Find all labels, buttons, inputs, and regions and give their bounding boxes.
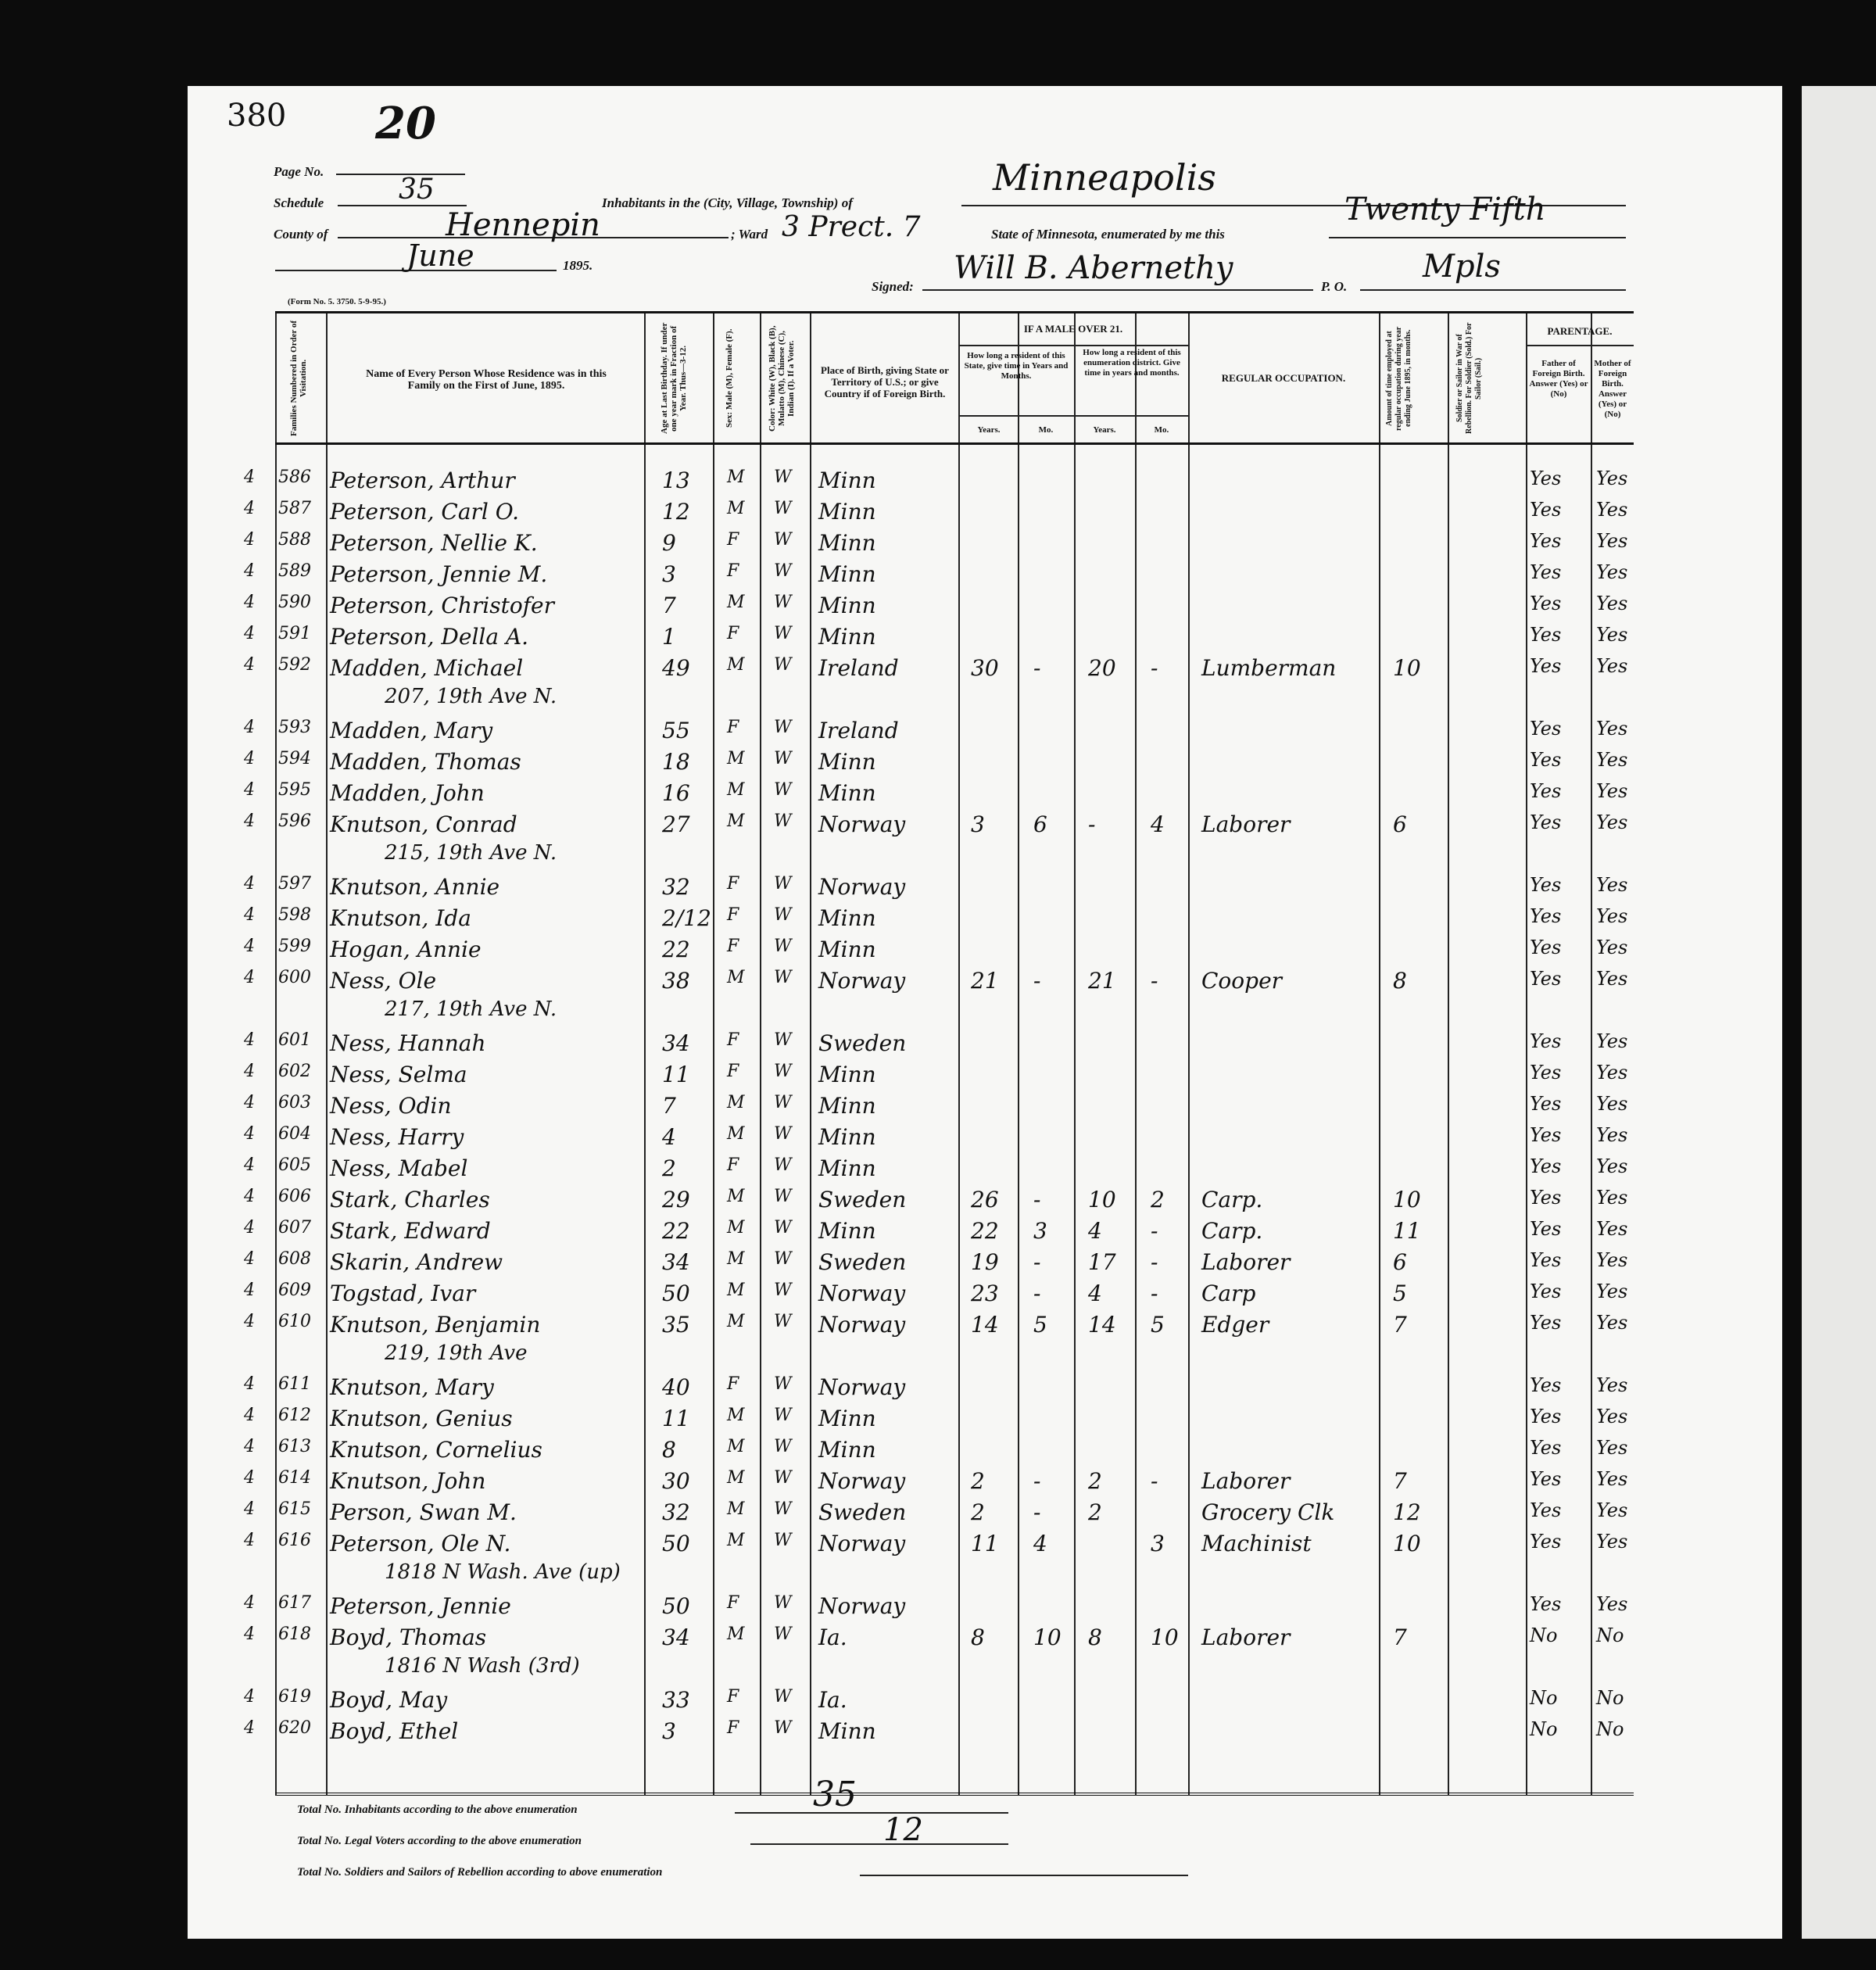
person-number: 608 — [278, 1249, 311, 1269]
person-number: 606 — [278, 1187, 311, 1206]
district-years: 8 — [1088, 1624, 1102, 1650]
mother-foreign: Yes — [1596, 874, 1627, 896]
state-years: 3 — [971, 811, 985, 837]
sex: M — [727, 1187, 745, 1206]
father-foreign: Yes — [1530, 1124, 1561, 1146]
person-number: 589 — [278, 561, 311, 581]
age: 1 — [662, 624, 676, 650]
state-months: 3 — [1033, 1218, 1047, 1244]
family-group: 4 — [244, 1374, 255, 1394]
state-years: 21 — [971, 968, 999, 994]
district-months: - — [1151, 1218, 1158, 1244]
sex: M — [727, 593, 745, 612]
total-inhabitants-value: 35 — [813, 1775, 857, 1814]
father-foreign: Yes — [1530, 624, 1561, 646]
district-months: 3 — [1151, 1531, 1165, 1556]
sex: F — [727, 1687, 739, 1707]
family-group: 4 — [244, 1187, 255, 1206]
birthplace: Ireland — [818, 718, 899, 743]
occupation: Cooper — [1201, 968, 1282, 994]
occupation: Laborer — [1201, 1624, 1290, 1650]
birthplace: Minn — [818, 530, 876, 556]
mother-foreign: Yes — [1596, 1155, 1627, 1177]
sex: F — [727, 718, 739, 737]
father-foreign: Yes — [1530, 905, 1561, 927]
family-group: 4 — [244, 1593, 255, 1613]
family-group: 4 — [244, 905, 255, 925]
age: 11 — [662, 1062, 690, 1087]
color: W — [774, 1218, 792, 1238]
months-employed: 12 — [1393, 1499, 1421, 1525]
table-row: 4596Knutson, Conrad27MWNorway36-4Laborer… — [275, 810, 1634, 841]
months-employed: 10 — [1393, 1187, 1421, 1212]
father-foreign: Yes — [1530, 1531, 1561, 1553]
col-state-years: Years. — [960, 424, 1018, 436]
person-name: Madden, John — [330, 780, 485, 806]
color: W — [774, 1499, 792, 1519]
family-group: 4 — [244, 1280, 255, 1300]
table-row: 4618Boyd, Thomas34MWIa.810810Laborer7NoN… — [275, 1623, 1634, 1654]
father-foreign: Yes — [1530, 1218, 1561, 1240]
table-row: 4615Person, Swan M.32MWSweden2-2Grocery … — [275, 1498, 1634, 1529]
person-number: 607 — [278, 1218, 311, 1238]
age: 34 — [662, 1249, 690, 1275]
age: 16 — [662, 780, 690, 806]
age: 35 — [662, 1312, 690, 1338]
district-months: - — [1151, 968, 1158, 994]
mother-foreign: No — [1596, 1687, 1624, 1709]
table-row: 4594Madden, Thomas18MWMinnYesYes — [275, 747, 1634, 779]
father-foreign: Yes — [1530, 1437, 1561, 1459]
person-name: Peterson, Carl O. — [330, 499, 519, 525]
table-row: 4604Ness, Harry4MWMinnYesYes — [275, 1123, 1634, 1154]
col-soldier-header: Soldier or Sailor in War of Rebellion. F… — [1455, 320, 1518, 437]
person-name: Stark, Edward — [330, 1218, 491, 1244]
person-number: 595 — [278, 780, 311, 800]
col-age-header: Age at Last Birthday. If under one year … — [660, 320, 697, 437]
father-foreign: Yes — [1530, 499, 1561, 521]
person-name: Skarin, Andrew — [330, 1249, 503, 1275]
table-row: 4609Togstad, Ivar50MWNorway23-4-Carp5Yes… — [275, 1279, 1634, 1310]
state-years: 22 — [971, 1218, 999, 1244]
table-row: 4590Peterson, Christofer7MWMinnYesYes — [275, 591, 1634, 622]
color: W — [774, 905, 792, 925]
father-foreign: No — [1530, 1718, 1557, 1740]
birthplace: Norway — [818, 1280, 905, 1306]
color: W — [774, 1155, 792, 1175]
color: W — [774, 1249, 792, 1269]
occupation: Machinist — [1201, 1531, 1312, 1556]
father-foreign: Yes — [1530, 1249, 1561, 1271]
birthplace: Minn — [818, 499, 876, 525]
mother-foreign: Yes — [1596, 749, 1627, 771]
person-name: Peterson, Christofer — [330, 593, 554, 618]
col-employed-header: Amount of time employed at regular occup… — [1385, 320, 1441, 437]
family-group: 4 — [244, 655, 255, 675]
birthplace: Minn — [818, 780, 876, 806]
census-table: Families Numbered in Order of Visitation… — [275, 311, 1634, 1795]
sex: M — [727, 655, 745, 675]
color: W — [774, 749, 792, 768]
person-name: Madden, Mary — [330, 718, 492, 743]
street-address: 219, 19th Ave — [385, 1341, 528, 1365]
person-number: 613 — [278, 1437, 311, 1456]
months-employed: 10 — [1393, 1531, 1421, 1556]
family-group: 4 — [244, 1249, 255, 1269]
corner-number: 380 — [227, 98, 286, 134]
color: W — [774, 718, 792, 737]
mother-foreign: Yes — [1596, 655, 1627, 677]
person-number: 616 — [278, 1531, 311, 1550]
family-group: 4 — [244, 1218, 255, 1238]
age: 29 — [662, 1187, 690, 1212]
col-district-years: Years. — [1074, 424, 1135, 436]
mother-foreign: Yes — [1596, 1531, 1627, 1553]
birthplace: Minn — [818, 1062, 876, 1087]
mother-foreign: Yes — [1596, 1312, 1627, 1334]
family-group: 4 — [244, 530, 255, 550]
mother-foreign: Yes — [1596, 530, 1627, 552]
birthplace: Minn — [818, 467, 876, 493]
age: 8 — [662, 1437, 676, 1463]
sex: M — [727, 1124, 745, 1144]
sex: F — [727, 874, 739, 894]
total-inhabitants-line — [735, 1812, 1008, 1814]
sex: F — [727, 1062, 739, 1081]
occupation: Grocery Clk — [1201, 1499, 1334, 1525]
total-soldiers-line — [860, 1875, 1188, 1876]
person-name: Knutson, Annie — [330, 874, 499, 900]
family-group: 4 — [244, 874, 255, 894]
family-group: 4 — [244, 1531, 255, 1550]
color: W — [774, 1593, 792, 1613]
color: W — [774, 780, 792, 800]
person-name: Stark, Charles — [330, 1187, 490, 1212]
signed-value: Will B. Abernethy — [954, 250, 1233, 286]
table-row: 4588Peterson, Nellie K.9FWMinnYesYes — [275, 528, 1634, 560]
county-label: County of — [274, 227, 328, 242]
mother-foreign: Yes — [1596, 1187, 1627, 1209]
mother-foreign: Yes — [1596, 780, 1627, 802]
district-years: 14 — [1088, 1312, 1116, 1338]
father-foreign: Yes — [1530, 874, 1561, 896]
person-number: 603 — [278, 1093, 311, 1112]
sex: M — [727, 467, 745, 487]
person-number: 596 — [278, 811, 311, 831]
birthplace: Ia. — [818, 1624, 847, 1650]
city-value: Minneapolis — [993, 156, 1216, 199]
sex: F — [727, 905, 739, 925]
mother-foreign: Yes — [1596, 1468, 1627, 1490]
total-soldiers-label: Total No. Soldiers and Sailors of Rebell… — [297, 1866, 662, 1879]
birthplace: Norway — [818, 1312, 905, 1338]
person-name: Ness, Ole — [330, 968, 436, 994]
color: W — [774, 499, 792, 518]
mother-foreign: Yes — [1596, 1593, 1627, 1615]
table-row: 4602Ness, Selma11FWMinnYesYes — [275, 1060, 1634, 1091]
state-months: - — [1033, 1187, 1040, 1212]
age: 11 — [662, 1406, 690, 1431]
mother-foreign: Yes — [1596, 1437, 1627, 1459]
age: 40 — [662, 1374, 690, 1400]
col-occupation-header: REGULAR OCCUPATION. — [1190, 372, 1377, 384]
col-name-header: Name of Every Person Whose Residence was… — [353, 368, 619, 392]
father-foreign: Yes — [1530, 780, 1561, 802]
person-name: Ness, Harry — [330, 1124, 464, 1150]
family-group: 4 — [244, 1155, 255, 1175]
mother-foreign: Yes — [1596, 905, 1627, 927]
table-row: 4617Peterson, Jennie50FWNorwayYesYes — [275, 1592, 1634, 1623]
table-row: 4612Knutson, Genius11MWMinnYesYes — [275, 1404, 1634, 1435]
person-number: 592 — [278, 655, 311, 675]
person-number: 598 — [278, 905, 311, 925]
age: 55 — [662, 718, 690, 743]
father-foreign: Yes — [1530, 1093, 1561, 1115]
age: 50 — [662, 1531, 690, 1556]
district-years: 20 — [1088, 655, 1116, 681]
occupation: Carp. — [1201, 1218, 1262, 1244]
state-months: 4 — [1033, 1531, 1047, 1556]
color: W — [774, 467, 792, 487]
state-months: 10 — [1033, 1624, 1062, 1650]
occupation: Carp. — [1201, 1187, 1262, 1212]
color: W — [774, 937, 792, 956]
color: W — [774, 561, 792, 581]
person-name: Peterson, Arthur — [330, 467, 515, 493]
sex: M — [727, 1093, 745, 1112]
occupation: Laborer — [1201, 811, 1290, 837]
state-years: 14 — [971, 1312, 999, 1338]
sex: M — [727, 1437, 745, 1456]
district-months: 2 — [1151, 1187, 1165, 1212]
age: 33 — [662, 1687, 690, 1713]
state-years: 8 — [971, 1624, 985, 1650]
family-group: 4 — [244, 1406, 255, 1425]
occupation: Laborer — [1201, 1468, 1290, 1494]
person-name: Knutson, Ida — [330, 905, 471, 931]
color: W — [774, 593, 792, 612]
table-row: 4597Knutson, Annie32FWNorwayYesYes — [275, 872, 1634, 904]
color: W — [774, 1187, 792, 1206]
ward-value: 3 Prect. 7 — [782, 211, 921, 243]
occupation: Carp — [1201, 1280, 1255, 1306]
color: W — [774, 1437, 792, 1456]
age: 3 — [662, 561, 676, 587]
street-address: 215, 19th Ave N. — [385, 841, 557, 865]
family-group: 4 — [244, 467, 255, 487]
months-employed: 5 — [1393, 1280, 1407, 1306]
person-name: Ness, Hannah — [330, 1030, 486, 1056]
age: 27 — [662, 811, 690, 837]
mother-foreign: Yes — [1596, 718, 1627, 740]
person-number: 605 — [278, 1155, 311, 1175]
table-row: 4614Knutson, John30MWNorway2-2-Laborer7Y… — [275, 1467, 1634, 1498]
ward-label: ; Ward — [731, 227, 768, 242]
color: W — [774, 1718, 792, 1738]
color: W — [774, 1093, 792, 1112]
months-employed: 7 — [1393, 1468, 1407, 1494]
person-number: 587 — [278, 499, 311, 518]
page-no-label: Page No. — [274, 164, 324, 180]
color: W — [774, 1374, 792, 1394]
age: 4 — [662, 1124, 676, 1150]
col-parentage-header: PARENTAGE. — [1526, 325, 1634, 337]
mother-foreign: Yes — [1596, 1499, 1627, 1521]
person-number: 604 — [278, 1124, 311, 1144]
age: 38 — [662, 968, 690, 994]
father-foreign: Yes — [1530, 968, 1561, 990]
state-months: - — [1033, 1499, 1040, 1525]
family-group: 4 — [244, 937, 255, 956]
family-group: 4 — [244, 593, 255, 612]
father-foreign: Yes — [1530, 1593, 1561, 1615]
person-number: 600 — [278, 968, 311, 987]
color: W — [774, 811, 792, 831]
district-years: 10 — [1088, 1187, 1116, 1212]
birthplace: Minn — [818, 624, 876, 650]
person-number: 594 — [278, 749, 311, 768]
col-family-header: Families Numbered in Order of Visitation… — [289, 320, 313, 437]
sex: F — [727, 530, 739, 550]
street-address: 1818 N Wash. Ave (up) — [385, 1560, 621, 1584]
occupation: Lumberman — [1201, 655, 1336, 681]
family-group: 4 — [244, 1124, 255, 1144]
district-years: 2 — [1088, 1499, 1102, 1525]
birthplace: Minn — [818, 1437, 876, 1463]
person-name: Knutson, Mary — [330, 1374, 494, 1400]
sex: M — [727, 780, 745, 800]
age: 12 — [662, 499, 690, 525]
sex: M — [727, 1280, 745, 1300]
person-name: Peterson, Jennie M. — [330, 561, 547, 587]
months-employed: 7 — [1393, 1624, 1407, 1650]
birthplace: Minn — [818, 561, 876, 587]
mother-foreign: Yes — [1596, 1093, 1627, 1115]
table-row: 4593Madden, Mary55FWIrelandYesYes — [275, 716, 1634, 747]
state-months: - — [1033, 1468, 1040, 1494]
age: 50 — [662, 1593, 690, 1619]
birthplace: Minn — [818, 937, 876, 962]
occupation: Laborer — [1201, 1249, 1290, 1275]
table-row: 4598Knutson, Ida2/12FWMinnYesYes — [275, 904, 1634, 935]
months-employed: 6 — [1393, 1249, 1407, 1275]
district-years: 17 — [1088, 1249, 1116, 1275]
mother-foreign: No — [1596, 1624, 1624, 1646]
po-line — [1360, 289, 1626, 291]
family-group: 4 — [244, 1030, 255, 1050]
color: W — [774, 1687, 792, 1707]
birthplace: Minn — [818, 593, 876, 618]
color: W — [774, 968, 792, 987]
col-father-header: Father of Foreign Birth. Answer (Yes) or… — [1527, 359, 1590, 399]
person-name: Peterson, Jennie — [330, 1593, 511, 1619]
age: 34 — [662, 1624, 690, 1650]
person-name: Knutson, John — [330, 1468, 485, 1494]
birthplace: Norway — [818, 1593, 905, 1619]
person-name: Madden, Thomas — [330, 749, 521, 775]
father-foreign: Yes — [1530, 937, 1561, 958]
family-group: 4 — [244, 1687, 255, 1707]
person-name: Hogan, Annie — [330, 937, 482, 962]
table-row: 4605Ness, Mabel2FWMinnYesYes — [275, 1154, 1634, 1185]
district-months: 10 — [1151, 1624, 1179, 1650]
sex: F — [727, 1155, 739, 1175]
col-district-months: Mo. — [1135, 424, 1188, 436]
months-employed: 8 — [1393, 968, 1407, 994]
family-group: 4 — [244, 1468, 255, 1488]
mother-foreign: Yes — [1596, 811, 1627, 833]
table-row: 4600Ness, Ole38MWNorway21-21-Cooper8YesY… — [275, 966, 1634, 998]
age: 30 — [662, 1468, 690, 1494]
person-number: 612 — [278, 1406, 311, 1425]
sex: M — [727, 1531, 745, 1550]
months-employed: 6 — [1393, 811, 1407, 837]
col-male-over-21-header: IF A MALE OVER 21. — [958, 323, 1188, 335]
state-months: 6 — [1033, 811, 1047, 837]
form-number: (Form No. 5. 3750. 5-9-95.) — [288, 297, 386, 306]
table-row: 4603Ness, Odin7MWMinnYesYes — [275, 1091, 1634, 1123]
table-row: 4591Peterson, Della A.1FWMinnYesYes — [275, 622, 1634, 654]
col-district-residence-header: How long a resident of this enumeration … — [1076, 348, 1188, 378]
sex: F — [727, 937, 739, 956]
person-name: Knutson, Benjamin — [330, 1312, 540, 1338]
mother-foreign: Yes — [1596, 593, 1627, 614]
person-number: 599 — [278, 937, 311, 956]
person-number: 593 — [278, 718, 311, 737]
person-number: 611 — [278, 1374, 311, 1394]
table-row: 4601Ness, Hannah34FWSwedenYesYes — [275, 1029, 1634, 1060]
family-group: 4 — [244, 1062, 255, 1081]
person-name: Knutson, Conrad — [330, 811, 517, 837]
schedule-label: Schedule — [274, 195, 324, 211]
state-months: - — [1033, 1249, 1040, 1275]
father-foreign: Yes — [1530, 1468, 1561, 1490]
sex: F — [727, 561, 739, 581]
schedule-value: 35 — [399, 174, 435, 206]
birthplace: Minn — [818, 1093, 876, 1119]
district-months: 5 — [1151, 1312, 1165, 1338]
table-row: 4613Knutson, Cornelius8MWMinnYesYes — [275, 1435, 1634, 1467]
sex: M — [727, 749, 745, 768]
father-foreign: Yes — [1530, 1406, 1561, 1427]
father-foreign: Yes — [1530, 561, 1561, 583]
person-number: 586 — [278, 467, 311, 487]
birthplace: Minn — [818, 905, 876, 931]
street-address: 217, 19th Ave N. — [385, 998, 557, 1021]
person-name: Peterson, Della A. — [330, 624, 528, 650]
color: W — [774, 1062, 792, 1081]
father-foreign: Yes — [1530, 1062, 1561, 1083]
mother-foreign: Yes — [1596, 1374, 1627, 1396]
birthplace: Minn — [818, 1218, 876, 1244]
sex: F — [727, 1374, 739, 1394]
sex: M — [727, 1312, 745, 1331]
person-number: 609 — [278, 1280, 311, 1300]
table-row: 4611Knutson, Mary40FWNorwayYesYes — [275, 1373, 1634, 1404]
father-foreign: Yes — [1530, 749, 1561, 771]
father-foreign: Yes — [1530, 1374, 1561, 1396]
birthplace: Minn — [818, 749, 876, 775]
col-birthplace-header: Place of Birth, giving State or Territor… — [814, 364, 955, 399]
color: W — [774, 1624, 792, 1644]
sex: M — [727, 499, 745, 518]
mother-foreign: Yes — [1596, 467, 1627, 489]
birthplace: Ia. — [818, 1687, 847, 1713]
person-number: 588 — [278, 530, 311, 550]
birthplace: Minn — [818, 1406, 876, 1431]
person-number: 615 — [278, 1499, 311, 1519]
po-value: Mpls — [1423, 249, 1501, 285]
